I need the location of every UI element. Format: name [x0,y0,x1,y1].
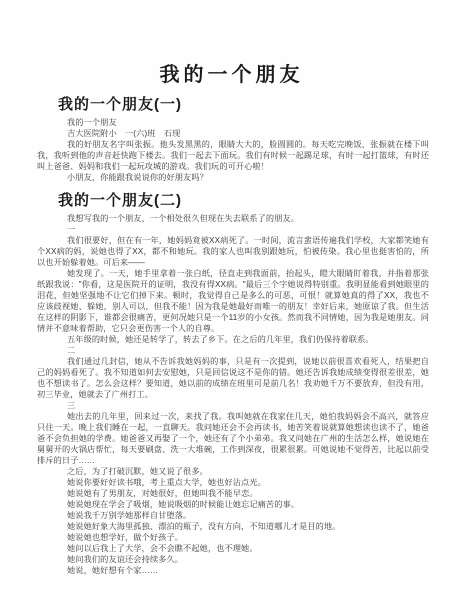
paragraph: 我们通过几封信，她从不告诉我她妈妈的事，只是有一次提到，说她以前很喜欢看死人，结… [37,356,429,400]
paragraph: 我的好朋友名字叫张振。他头发黑黑的，眼睛大大的，脸圆圆的。每天吃完晚饭，张振就在… [37,139,429,172]
paragraph: 小朋友，你能跟我说说你的好朋友吗？ [37,172,429,183]
part-marker-2: 二 [37,345,429,356]
paragraph: 她说她有了男朋友，对她很好，但她叫我不能早恋。 [37,488,429,499]
section-heading-1: 我的一个朋友(一) [58,93,429,114]
paragraph: 她说，她好想有个家…… [37,565,429,576]
document-content: 我的一个朋友(一) 我的一个朋友 吉大医院附小 一(六)班 石现 我的好朋友名字… [0,93,463,576]
paragraph: 她说你要好好读书哦，考上重点大学，她也好沾点光。 [37,477,429,488]
paragraph: 她说她也想学好，做个好孩子。 [37,532,429,543]
essay1-title-line: 我的一个朋友 [37,117,429,128]
paragraph: 她问我们的友谊还会持续多久。 [37,554,429,565]
section-heading-2: 我的一个朋友(二) [58,189,429,210]
paragraph: 她说她好象大海里孤独、漂泊的瓶子，没有方向，不知道哪儿才是目的地。 [37,521,429,532]
part-marker-3: 三 [37,400,429,411]
paragraph: 我们很要好，但在有一年，她妈妈竟被XX病死了。一时间，流言蜚语传遍我们学校，大家… [37,235,429,268]
page-title: 我的一个朋友 [0,58,463,87]
essay1-author-line: 吉大医院附小 一(六)班 石现 [37,128,429,139]
paragraph: 她说我千万别学她那样自甘堕落。 [37,510,429,521]
part-marker-1: 一 [37,224,429,235]
paragraph: 她说她现在学会了吸烟，她说吸烟的时候能让她忘记痛苦的事。 [37,499,429,510]
paragraph: 我想写我的一个朋友，一个相处很久但现在失去联系了的朋友。 [37,213,429,224]
paragraph: 她发现了。一天，她手里拿着一张白纸，径直走到我面前，抬起头，瞪大眼睛盯着我，并指… [37,268,429,334]
document-page: 我的一个朋友 我的一个朋友(一) 我的一个朋友 吉大医院附小 一(六)班 石现 … [0,0,463,600]
paragraph: 她出去的几年里，回来过一次，来找了我。我叫她就在我家住几天，她怕我妈妈会不高兴，… [37,411,429,466]
paragraph: 之后，为了打破沉默，她又说了很多。 [37,466,429,477]
paragraph: 五年级的时候，她还是转学了，转去了乡下。在之后的几年里，我们仍保持着联系。 [37,334,429,345]
paragraph: 她问以后我上了大学，会不会瞧不起她，也不理她。 [37,543,429,554]
